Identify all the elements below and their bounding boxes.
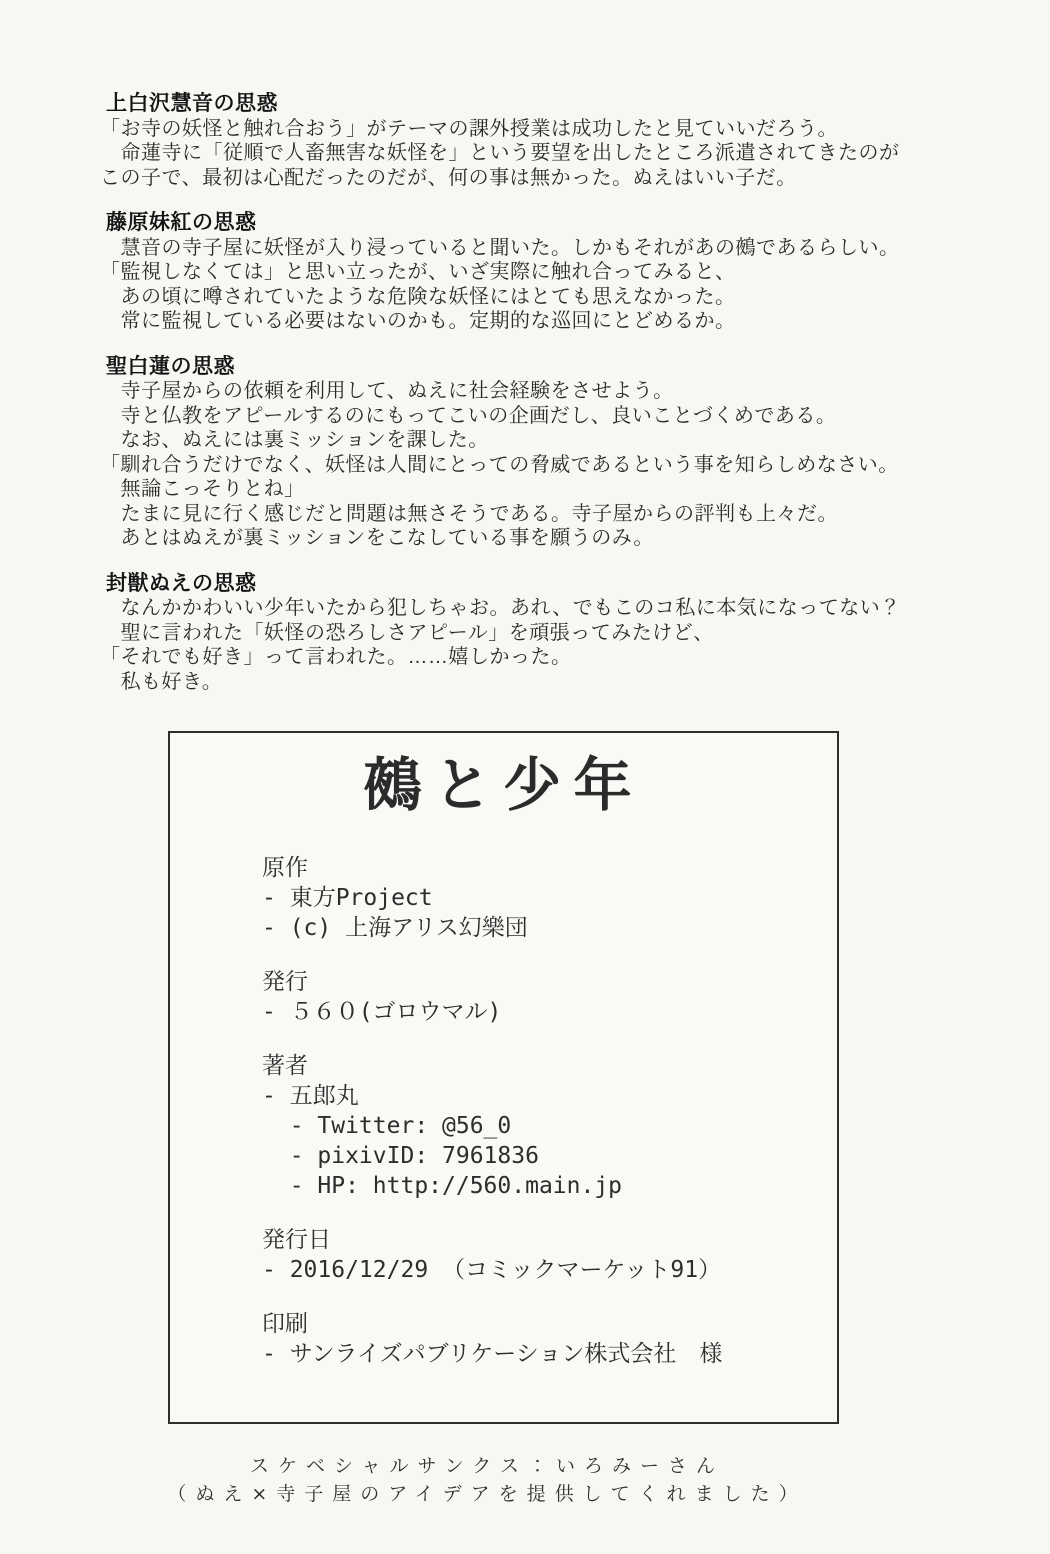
section-title: 聖白蓮の思惑 — [106, 355, 980, 380]
text-line: 慧音の寺子屋に妖怪が入り浸っていると聞いた。しかもそれがあの鵺であるらしい。 — [100, 236, 980, 261]
text-line: 寺子屋からの依頼を利用して、ぬえに社会経験をさせよう。 — [100, 379, 980, 404]
text-line: この子で、最初は心配だったのだが、何の事は無かった。ぬえはいい子だ。 — [100, 166, 980, 191]
text-line: 私も好き。 — [100, 670, 980, 695]
entry-item: - 五郎丸 — [262, 1081, 827, 1111]
colophon-box: 鵺と少年 原作 - 東方Project - (c) 上海アリス幻樂団 発行 - … — [168, 731, 839, 1424]
colophon-entries: 原作 - 東方Project - (c) 上海アリス幻樂団 発行 - ５６０(ゴ… — [262, 853, 827, 1369]
entry-label: 著者 — [262, 1051, 827, 1081]
section-title: 上白沢慧音の思惑 — [106, 92, 980, 117]
colophon-entry-publish-date: 発行日 - 2016/12/29 （コミックマーケット91） — [262, 1225, 827, 1285]
text-line: 「お寺の妖怪と触れ合おう」がテーマの課外授業は成功したと見ていいだろう。 — [100, 117, 980, 142]
special-thanks: スケベシャルサンクス：いろみーさん （ぬえ×寺子屋のアイデアを提供してくれました… — [0, 1452, 974, 1508]
section-mokou: 藤原妹紅の思惑 慧音の寺子屋に妖怪が入り浸っていると聞いた。しかもそれがあの鵺で… — [100, 211, 980, 334]
text-line: あの頃に噂されていたような危険な妖怪にはとても思えなかった。 — [100, 285, 980, 310]
section-title: 封獣ぬえの思惑 — [106, 572, 980, 597]
text-line: 寺と仏教をアピールするのにもってこいの企画だし、良いことづくめである。 — [100, 404, 980, 429]
book-title: 鵺と少年 — [170, 749, 837, 821]
section-byakuren: 聖白蓮の思惑 寺子屋からの依頼を利用して、ぬえに社会経験をさせよう。 寺と仏教を… — [100, 355, 980, 551]
text-line: 命蓮寺に「従順で人畜無害な妖怪を」という要望を出したところ派遣されてきたのが — [100, 141, 980, 166]
text-line: 無論こっそりとね」 — [100, 477, 980, 502]
colophon-entry-publisher: 発行 - ５６０(ゴロウマル) — [262, 967, 827, 1027]
entry-item-pixiv: - pixivID: 7961836 — [262, 1141, 827, 1171]
text-line: 常に監視している必要はないのかも。定期的な巡回にとどめるか。 — [100, 309, 980, 334]
special-thanks-line: （ぬえ×寺子屋のアイデアを提供してくれました） — [0, 1480, 974, 1508]
entry-item-homepage: - HP: http://560.main.jp — [262, 1171, 827, 1201]
section-title: 藤原妹紅の思惑 — [106, 211, 980, 236]
text-line: なお、ぬえには裏ミッションを課した。 — [100, 428, 980, 453]
entry-label: 発行 — [262, 967, 827, 997]
colophon-entry-author: 著者 - 五郎丸 - Twitter: @56_0 - pixivID: 796… — [262, 1051, 827, 1201]
entry-label: 印刷 — [262, 1309, 827, 1339]
colophon-entry-printer: 印刷 - サンライズパブリケーション株式会社 様 — [262, 1309, 827, 1369]
text-line: あとはぬえが裏ミッションをこなしている事を願うのみ。 — [100, 526, 980, 551]
afterword-sections: 上白沢慧音の思惑 「お寺の妖怪と触れ合おう」がテーマの課外授業は成功したと見てい… — [100, 92, 980, 715]
entry-item: - サンライズパブリケーション株式会社 様 — [262, 1339, 827, 1369]
colophon-entry-original-work: 原作 - 東方Project - (c) 上海アリス幻樂団 — [262, 853, 827, 943]
text-line: たまに見に行く感じだと問題は無さそうである。寺子屋からの評判も上々だ。 — [100, 502, 980, 527]
text-line: 「監視しなくては」と思い立ったが、いざ実際に触れ合ってみると、 — [100, 260, 980, 285]
entry-item-twitter: - Twitter: @56_0 — [262, 1111, 827, 1141]
section-nue: 封獣ぬえの思惑 なんかかわいい少年いたから犯しちゃお。あれ、でもこのコ私に本気に… — [100, 572, 980, 695]
text-line: なんかかわいい少年いたから犯しちゃお。あれ、でもこのコ私に本気になってない？ — [100, 596, 980, 621]
entry-label: 発行日 — [262, 1225, 827, 1255]
special-thanks-line: スケベシャルサンクス：いろみーさん — [0, 1452, 974, 1480]
doujin-afterword-page: 上白沢慧音の思惑 「お寺の妖怪と触れ合おう」がテーマの課外授業は成功したと見てい… — [0, 0, 1050, 1554]
text-line: 「馴れ合うだけでなく、妖怪は人間にとっての脅威であるという事を知らしめなさい。 — [100, 453, 980, 478]
entry-item: - ５６０(ゴロウマル) — [262, 997, 827, 1027]
text-line: 「それでも好き」って言われた。……嬉しかった。 — [100, 645, 980, 670]
entry-item: - 2016/12/29 （コミックマーケット91） — [262, 1255, 827, 1285]
text-line: 聖に言われた「妖怪の恐ろしさアピール」を頑張ってみたけど、 — [100, 621, 980, 646]
entry-label: 原作 — [262, 853, 827, 883]
section-keine: 上白沢慧音の思惑 「お寺の妖怪と触れ合おう」がテーマの課外授業は成功したと見てい… — [100, 92, 980, 190]
entry-item: - (c) 上海アリス幻樂団 — [262, 913, 827, 943]
entry-item: - 東方Project — [262, 883, 827, 913]
